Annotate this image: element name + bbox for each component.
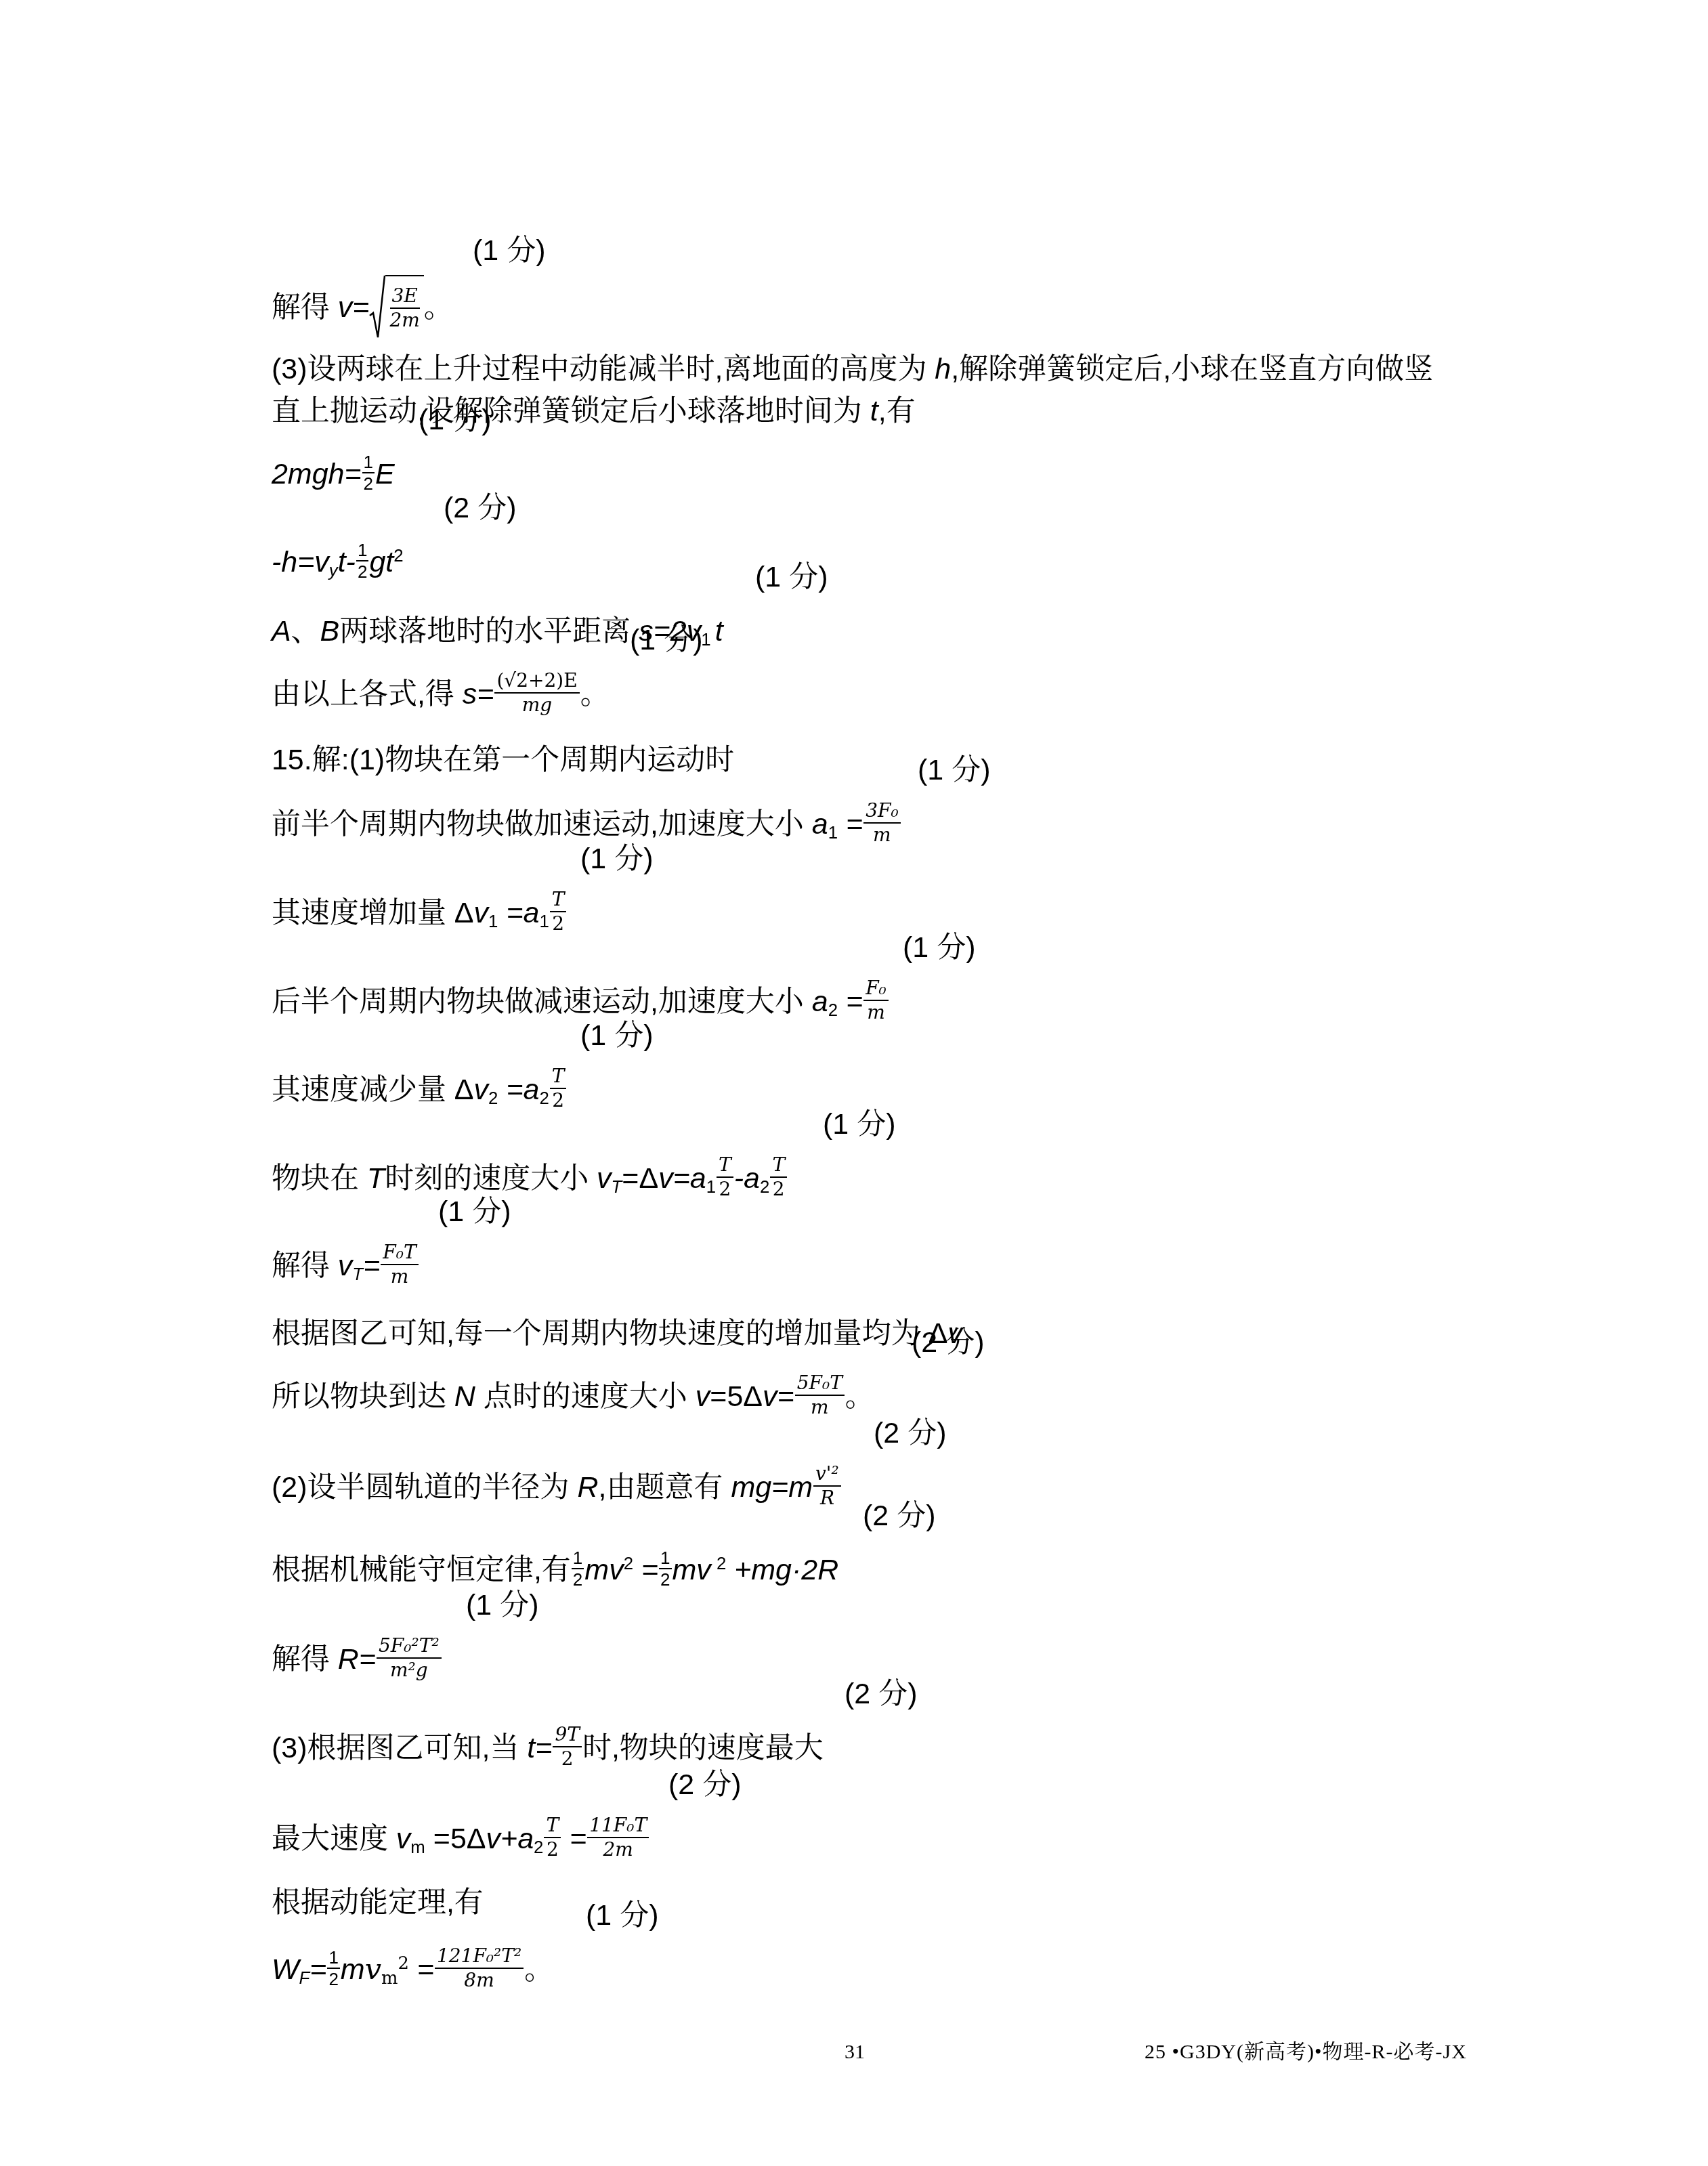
math-operator: - xyxy=(734,1162,744,1195)
denominator: 2m xyxy=(601,1838,635,1861)
math-variable: W xyxy=(272,1953,299,1986)
answer-line-work-result: WF=12mvm2 =121F₀²T²8m。 (1 分) xyxy=(255,1888,553,1942)
score-badge: (2 分) xyxy=(444,481,517,535)
score-badge: (2 分) xyxy=(845,1667,918,1721)
score-badge: (2 分) xyxy=(912,1315,985,1369)
fraction: 121F₀²T²8m xyxy=(435,1945,524,1991)
numerator: 9T xyxy=(553,1724,582,1747)
fraction: T2 xyxy=(770,1154,787,1200)
fraction: 3F₀m xyxy=(863,800,900,846)
question-15-heading: 15.解:(1)物块在第一个周期内运动时 xyxy=(255,679,734,733)
score-badge: (1 分) xyxy=(473,224,546,278)
period: 。 xyxy=(524,1953,553,1986)
score-badge: (2 分) xyxy=(668,1758,742,1812)
math-subscript: m xyxy=(381,1968,398,1989)
fraction: 12 xyxy=(572,1548,584,1590)
answer-line-per-period-increase: 根据图乙可知,每一个周期内物块速度的增加量均为 Δv xyxy=(255,1252,962,1307)
score-badge: (1 分) xyxy=(419,393,492,447)
fraction: T2 xyxy=(544,1814,561,1861)
answer-line-part2-centripetal: (2)设半圆轨道的半径为 R,由题意有 mg=mv'²R (2 分) xyxy=(255,1406,842,1460)
numerator: 1 xyxy=(362,452,375,473)
answer-line-velocity-at-N: 所以物块到达 N 点时的速度大小 v=5Δv=5F₀Tm。 (2 分) xyxy=(255,1315,874,1369)
fraction: 12 xyxy=(327,1947,339,1989)
denominator: m xyxy=(865,1001,887,1023)
math-expression: mv xyxy=(672,1554,711,1586)
answer-line-delta-v2: 其速度减少量 Δv2 =a2T2 (1 分) xyxy=(255,1008,567,1063)
answer-line-accel-a2: 后半个周期内物块做减速运动,加速度大小 a2 =F₀m (1 分) xyxy=(255,920,889,975)
score-badge: (2 分) xyxy=(863,1489,936,1543)
answer-line-max-speed: 最大速度 vm =5Δv+a2T2 =11F₀T2m (2 分) xyxy=(255,1758,649,1812)
math-variable: m xyxy=(341,1953,365,1986)
math-operator: = xyxy=(838,808,863,841)
math-variable: t xyxy=(715,615,723,647)
answer-line-result-s: 由以上各式,得 s=(√2+2)Emg。 (1 分) xyxy=(255,613,610,667)
numerator: 5F₀T xyxy=(795,1372,845,1396)
answer-line-horizontal-distance: A、B两球落地时的水平距离 s=2v1t (1 分) xyxy=(255,550,723,604)
score-badge: (1 分) xyxy=(580,832,654,886)
answer-line-equation-energy: 2mgh=12E (1 分) xyxy=(255,393,395,447)
score-badge: (1 分) xyxy=(918,743,991,797)
score-badge: (1 分) xyxy=(755,550,828,604)
fraction: T2 xyxy=(717,1154,733,1200)
denominator: 2 xyxy=(717,1178,733,1200)
answer-line-energy-conservation: 根据机械能守恒定律,有12mv2 =12mv2 +mg·2R (2 分) xyxy=(255,1489,838,1543)
math-operator: = xyxy=(838,985,863,1018)
score-badge: (1 分) xyxy=(466,1578,539,1632)
answer-line-part3-setup-cont: 直上抛运动,设解除弹簧锁定后小球落地时间为 t,有 xyxy=(255,330,916,384)
math-subscript: 2 xyxy=(828,1001,838,1020)
denominator: m xyxy=(871,824,893,846)
numerator: T xyxy=(550,889,567,912)
math-variable: a xyxy=(744,1162,760,1195)
numerator: T xyxy=(544,1814,561,1838)
math-superscript: 2 xyxy=(398,1953,408,1974)
numerator: T xyxy=(717,1154,733,1178)
math-subscript: 2 xyxy=(760,1178,769,1197)
answer-line-velocity-at-T: 物块在 T时刻的速度大小 vT=Δv=a1T2-a2T2 (1 分) xyxy=(255,1097,788,1151)
numerator: 1 xyxy=(572,1548,584,1569)
numerator: 5F₀²T² xyxy=(377,1635,442,1659)
fraction: F₀m xyxy=(863,977,889,1023)
line-text: ,解除弹簧锁定后,小球在竖直方向做竖 xyxy=(951,353,1433,385)
fraction: 12 xyxy=(659,1548,671,1590)
math-expression: mv xyxy=(584,1554,623,1586)
answer-line-accel-a1: 前半个周期内物块做加速运动,加速度大小 a1 =3F₀m (1 分) xyxy=(255,743,901,797)
numerator: 1 xyxy=(327,1947,339,1969)
math-expression: v=a xyxy=(658,1162,706,1195)
answer-line-delta-v1: 其速度增加量 Δv1 =a1T2 (1 分) xyxy=(255,832,567,886)
answer-line-solve-vT: 解得 vT=F₀Tm (1 分) xyxy=(255,1185,419,1239)
score-badge: (2 分) xyxy=(874,1406,947,1460)
answer-line-work-energy-theorem: 根据动能定理,有 xyxy=(255,1821,484,1875)
math-superscript: 2 xyxy=(717,1554,726,1573)
numerator: 3F₀ xyxy=(863,800,900,824)
numerator: v'² xyxy=(813,1463,841,1487)
page-number: 31 xyxy=(845,2040,865,2064)
score-badge: (1 分) xyxy=(438,1185,511,1239)
denominator: 2 xyxy=(572,1569,584,1590)
answer-line-part3-max-speed-time: (3)根据图乙可知,当 t=9T2时,物块的速度最大 (2 分) xyxy=(255,1667,824,1721)
numerator: F₀ xyxy=(863,977,889,1001)
numerator: T xyxy=(770,1154,787,1178)
math-variable: t xyxy=(870,395,878,427)
math-operator: = xyxy=(409,1953,434,1986)
denominator: 2 xyxy=(327,1969,339,1989)
numerator: 11F₀T xyxy=(587,1814,649,1838)
math-operator: = xyxy=(561,1823,586,1855)
math-expression: v+a xyxy=(486,1823,534,1855)
math-superscript: 2 xyxy=(624,1554,633,1573)
answer-line-solve-R: 解得 R=5F₀²T²m²g (1 分) xyxy=(255,1578,442,1632)
denominator: 2 xyxy=(545,1838,561,1861)
document-code: 25 •G3DY(新高考)•物理-R-必考-JX xyxy=(1145,2040,1467,2064)
numerator: T xyxy=(550,1065,567,1089)
math-operator: =Δ xyxy=(622,1162,658,1195)
denominator: 8m xyxy=(462,1969,496,1991)
answer-line-solve-v: 解得 v=3E2m。 (1 分) xyxy=(255,224,453,278)
fraction: 11F₀T2m xyxy=(587,1814,649,1861)
numerator: 1 xyxy=(659,1548,671,1569)
score-badge: (1 分) xyxy=(586,1888,659,1942)
math-operator: = xyxy=(633,1554,658,1586)
numerator: 121F₀²T² xyxy=(435,1945,524,1969)
math-operator: = xyxy=(309,1953,326,1986)
period: 。 xyxy=(845,1380,874,1413)
score-badge: (1 分) xyxy=(630,613,703,667)
math-variable: a xyxy=(812,985,828,1018)
math-subscript: T xyxy=(612,1178,622,1197)
answer-line-equation-motion: -h=vyt-12gt2 (2 分) xyxy=(255,481,404,535)
math-subscript: 2 xyxy=(534,1838,543,1857)
math-subscript: 1 xyxy=(706,1178,716,1197)
math-expression: +mg·2R xyxy=(726,1554,838,1586)
line-text: ,有 xyxy=(878,395,916,427)
math-subscript: 1 xyxy=(828,824,838,843)
denominator: 2 xyxy=(771,1178,787,1200)
math-subscript: F xyxy=(299,1969,310,1988)
math-variable: a xyxy=(812,808,828,841)
math-variable: v xyxy=(597,1162,612,1195)
denominator: 2 xyxy=(659,1569,671,1590)
score-badge: (1 分) xyxy=(903,920,976,975)
score-badge: (1 分) xyxy=(823,1097,896,1151)
score-badge: (1 分) xyxy=(580,1008,654,1063)
math-variable: h xyxy=(935,353,951,385)
math-variable: v xyxy=(365,1953,381,1987)
